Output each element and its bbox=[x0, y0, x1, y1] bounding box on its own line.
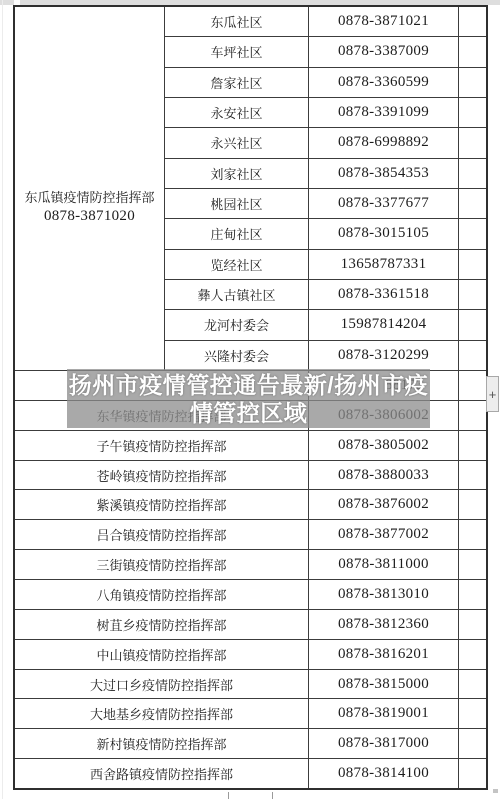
spacer-cell bbox=[459, 729, 486, 758]
spacer-cell bbox=[459, 401, 486, 430]
name-cell: 吕合镇疫情防控指挥部 bbox=[15, 520, 309, 549]
name-cell: 兴隆村委会 bbox=[165, 341, 309, 370]
corner-mark bbox=[493, 789, 498, 793]
spacer-cell bbox=[459, 250, 486, 279]
table-row: 龙河村委会 15987814204 bbox=[165, 310, 486, 340]
phone-cell: 0878-3120299 bbox=[309, 341, 459, 370]
phone-cell: 0878-3815000 bbox=[309, 670, 459, 699]
spacer-cell bbox=[459, 520, 486, 549]
name-cell: 子午镇疫情防控指挥部 bbox=[15, 431, 309, 460]
table-row: 树苴乡疫情防控指挥部 0878-3812360 bbox=[15, 610, 486, 640]
spacer-cell bbox=[459, 98, 486, 127]
table-row: 中山镇疫情防控指挥部 0878-3816201 bbox=[15, 640, 486, 670]
name-cell: 大地基乡疫情防控指挥部 bbox=[15, 699, 309, 728]
name-cell: 东瓜社区 bbox=[165, 7, 309, 36]
watermark-title: 扬州市疫情管控通告最新/扬州市疫 情管控区域 bbox=[67, 369, 430, 428]
table-row: 大过口乡疫情防控指挥部 0878-3815000 bbox=[15, 670, 486, 700]
name-cell: 刘家社区 bbox=[165, 159, 309, 188]
spacer-cell bbox=[459, 640, 486, 669]
phone-cell: 0878-3812360 bbox=[309, 610, 459, 639]
phone-cell: 0878-3819001 bbox=[309, 699, 459, 728]
phone-cell: 0878-3361518 bbox=[309, 280, 459, 309]
watermark-line1: 扬州市疫情管控通告最新/扬州市疫 bbox=[69, 371, 428, 399]
table-row: 三街镇疫情防控指挥部 0878-3811000 bbox=[15, 550, 486, 580]
phone-cell: 0878-6998892 bbox=[309, 128, 459, 157]
name-cell: 苍岭镇疫情防控指挥部 bbox=[15, 461, 309, 490]
group-name: 东瓜镇疫情防控指挥部 bbox=[24, 187, 154, 206]
table-row: 永安社区 0878-3391099 bbox=[165, 98, 486, 128]
phone-cell: 0878-3876002 bbox=[309, 490, 459, 519]
phone-cell: 0878-3391099 bbox=[309, 98, 459, 127]
name-cell: 庄甸社区 bbox=[165, 219, 309, 248]
spacer-cell bbox=[459, 280, 486, 309]
name-cell: 桃园社区 bbox=[165, 189, 309, 218]
bottom-widget-tick-right bbox=[272, 792, 273, 799]
spacer-cell bbox=[459, 431, 486, 460]
name-cell: 中山镇疫情防控指挥部 bbox=[15, 640, 309, 669]
table-row: 西舍路镇疫情防控指挥部 0878-3814100 bbox=[15, 759, 486, 788]
table-row: 东瓜社区 0878-3871021 bbox=[165, 7, 486, 37]
spacer-cell bbox=[459, 128, 486, 157]
spacer-cell bbox=[459, 7, 486, 36]
spacer-cell bbox=[459, 461, 486, 490]
name-cell: 西舍路镇疫情防控指挥部 bbox=[15, 759, 309, 788]
table-row: 刘家社区 0878-3854353 bbox=[165, 159, 486, 189]
spacer-cell bbox=[459, 341, 486, 370]
name-cell: 八角镇疫情防控指挥部 bbox=[15, 580, 309, 609]
phone-cell: 0878-3377677 bbox=[309, 189, 459, 218]
spacer-cell bbox=[459, 580, 486, 609]
community-section: 东瓜镇疫情防控指挥部 0878-3871020 东瓜社区 0878-387102… bbox=[15, 7, 486, 371]
table-row: 苍岭镇疫情防控指挥部 0878-3880033 bbox=[15, 461, 486, 491]
phone-cell: 0878-3814100 bbox=[309, 759, 459, 788]
name-cell: 树苴乡疫情防控指挥部 bbox=[15, 610, 309, 639]
spacer-cell bbox=[459, 189, 486, 218]
spacer-cell bbox=[459, 159, 486, 188]
table-row: 桃园社区 0878-3377677 bbox=[165, 189, 486, 219]
name-cell: 三街镇疫情防控指挥部 bbox=[15, 550, 309, 579]
table-row: 紫溪镇疫情防控指挥部 0878-3876002 bbox=[15, 490, 486, 520]
name-cell: 詹家社区 bbox=[165, 68, 309, 97]
phone-cell: 0878-3871021 bbox=[309, 7, 459, 36]
name-cell: 龙河村委会 bbox=[165, 310, 309, 339]
table-row: 览经社区 13658787331 bbox=[165, 250, 486, 280]
phone-cell: 0878-3805002 bbox=[309, 431, 459, 460]
name-cell: 车坪社区 bbox=[165, 37, 309, 66]
spacer-cell bbox=[459, 699, 486, 728]
page-edge-line bbox=[2, 0, 3, 799]
name-cell: 永安社区 bbox=[165, 98, 309, 127]
table-row: 詹家社区 0878-3360599 bbox=[165, 68, 486, 98]
town-section: 88173 东华镇疫情防控指挥部 0878-3806002 子午镇疫情防控指挥部… bbox=[15, 371, 486, 788]
phone-cell: 0878-3817000 bbox=[309, 729, 459, 758]
table-row: 新村镇疫情防控指挥部 0878-3817000 bbox=[15, 729, 486, 759]
name-cell: 彝人古镇社区 bbox=[165, 280, 309, 309]
group-header-cell: 东瓜镇疫情防控指挥部 0878-3871020 bbox=[15, 7, 165, 370]
name-cell: 紫溪镇疫情防控指挥部 bbox=[15, 490, 309, 519]
phone-cell: 0878-3816201 bbox=[309, 640, 459, 669]
table-row: 兴隆村委会 0878-3120299 bbox=[165, 341, 486, 370]
spacer-cell bbox=[459, 371, 486, 400]
group-phone: 0878-3871020 bbox=[44, 208, 135, 225]
spacer-cell bbox=[459, 68, 486, 97]
table-row: 子午镇疫情防控指挥部 0878-3805002 bbox=[15, 431, 486, 461]
phone-cell: 0878-3360599 bbox=[309, 68, 459, 97]
phone-cell: 0878-3854353 bbox=[309, 159, 459, 188]
table-row: 八角镇疫情防控指挥部 0878-3813010 bbox=[15, 580, 486, 610]
name-cell: 永兴社区 bbox=[165, 128, 309, 157]
spacer-cell bbox=[459, 759, 486, 788]
table-row: 大地基乡疫情防控指挥部 0878-3819001 bbox=[15, 699, 486, 729]
name-cell: 览经社区 bbox=[165, 250, 309, 279]
community-rows: 东瓜社区 0878-3871021 车坪社区 0878-3387009 詹家社区… bbox=[165, 7, 486, 370]
spacer-cell bbox=[459, 490, 486, 519]
watermark-line2: 情管控区域 bbox=[190, 399, 308, 427]
spacer-cell bbox=[459, 219, 486, 248]
bottom-widget-tick-left bbox=[228, 792, 229, 799]
phone-cell: 0878-3813010 bbox=[309, 580, 459, 609]
table-row: 吕合镇疫情防控指挥部 0878-3877002 bbox=[15, 520, 486, 550]
zoom-in-button[interactable]: + bbox=[486, 376, 499, 412]
spacer-cell bbox=[459, 550, 486, 579]
phone-cell: 0878-3811000 bbox=[309, 550, 459, 579]
spacer-cell bbox=[459, 670, 486, 699]
phone-cell: 15987814204 bbox=[309, 310, 459, 339]
phone-cell: 0878-3387009 bbox=[309, 37, 459, 66]
table-row: 彝人古镇社区 0878-3361518 bbox=[165, 280, 486, 310]
table-row: 永兴社区 0878-6998892 bbox=[165, 128, 486, 158]
spacer-cell bbox=[459, 610, 486, 639]
phone-cell: 13658787331 bbox=[309, 250, 459, 279]
table-row: 庄甸社区 0878-3015105 bbox=[165, 219, 486, 249]
spacer-cell bbox=[459, 310, 486, 339]
phone-cell: 0878-3015105 bbox=[309, 219, 459, 248]
table-row: 车坪社区 0878-3387009 bbox=[165, 37, 486, 67]
phone-cell: 0878-3880033 bbox=[309, 461, 459, 490]
spacer-cell bbox=[459, 37, 486, 66]
name-cell: 新村镇疫情防控指挥部 bbox=[15, 729, 309, 758]
phone-cell: 0878-3877002 bbox=[309, 520, 459, 549]
name-cell: 大过口乡疫情防控指挥部 bbox=[15, 670, 309, 699]
